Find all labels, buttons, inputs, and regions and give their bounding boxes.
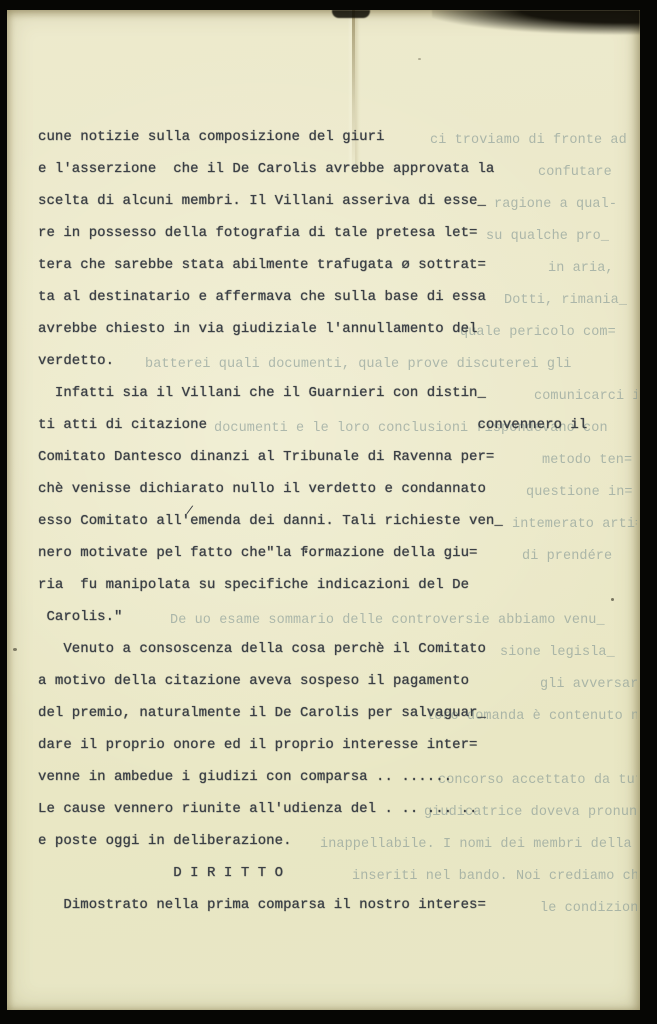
typed-line: avrebbe chiesto in via giudiziale l'annu… [38, 313, 477, 345]
typed-line: e poste oggi in deliberazione. [38, 825, 292, 857]
scan-border-bottom [0, 1010, 657, 1024]
scan-border-right [640, 0, 657, 1024]
typed-line: Dimostrato nella prima comparsa il nostr… [38, 889, 486, 921]
typed-line: verdetto. [38, 345, 114, 377]
typed-line: scelta di alcuni membri. Il Villani asse… [38, 185, 486, 217]
typed-line: tera che sarebbe stata abilmente trafuga… [38, 249, 486, 281]
diritto-heading: D I R I T T O [38, 857, 283, 889]
typed-line: Infatti sia il Villani che il Guarnieri … [38, 377, 486, 409]
typed-line: e l'asserzione che il De Carolis avrebbe… [38, 153, 494, 185]
typed-line: ria fu manipolata su specifiche indicazi… [38, 569, 469, 601]
typed-line: esso Comitato all'emenda dei danni. Tali… [38, 505, 503, 537]
typed-line: ti atti di citazione convennero il [38, 409, 587, 441]
typed-line: Carolis." [38, 601, 123, 633]
typed-line: Venuto a consoscenza della cosa perchè i… [38, 633, 486, 665]
typed-line: nero motivate pel fatto che"la formazion… [38, 537, 477, 569]
typed-line: venne in ambedue i giudizi con comparsa … [38, 761, 452, 793]
top-right-edge-shadow [432, 10, 640, 42]
typed-line: Le cause vennero riunite all'udienza del… [38, 793, 477, 825]
typed-line: ta al destinatario e affermava che sulla… [38, 281, 486, 313]
typed-line: dare il proprio onore ed il proprio inte… [38, 729, 477, 761]
typed-line: re in possesso della fotografia di tale … [38, 217, 477, 249]
scan-border-top [0, 0, 657, 10]
typed-line: a motivo della citazione aveva sospeso i… [38, 665, 469, 697]
ink-speck [418, 58, 421, 60]
typed-line: cune notizie sulla composizione del giur… [38, 121, 385, 153]
scanned-document-page: / • ci troviamo di fronte adconfutarerag… [0, 0, 657, 1024]
fold-notch-shadow [332, 10, 370, 18]
typed-line: Comitato Dantesco dinanzi al Tribunale d… [38, 441, 494, 473]
typed-line: chè venisse dichiarato nullo il verdetto… [38, 473, 486, 505]
typewritten-text-layer: cune notizie sulla composizione del giur… [38, 121, 628, 951]
scan-border-left [0, 0, 7, 1024]
typed-line: del premio, naturalmente il De Carolis p… [38, 697, 486, 729]
